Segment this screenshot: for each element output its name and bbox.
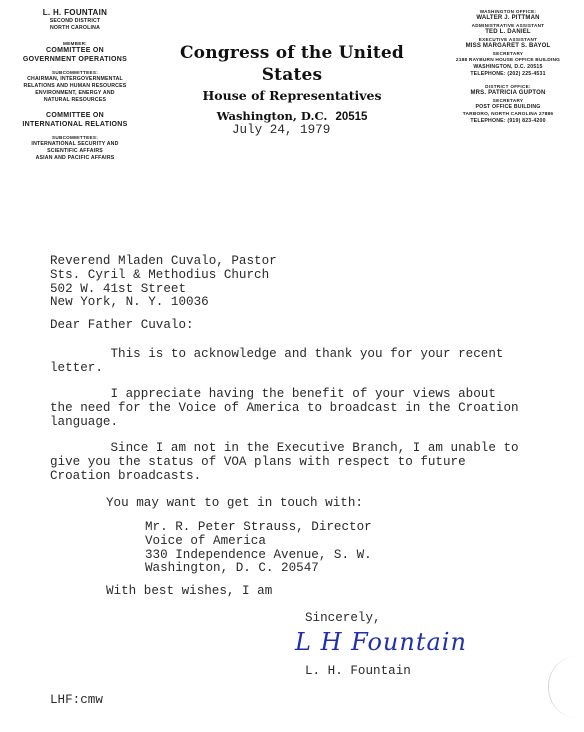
closing-line: With best wishes, I am	[106, 585, 272, 599]
district-phone: Telephone: (919) 823-4200	[432, 118, 584, 125]
district: Second District	[0, 18, 150, 25]
reference-initials: LHF:cmw	[50, 694, 103, 708]
paragraph-1: This is to acknowledge and thank you for…	[50, 348, 503, 376]
staff-3-title: Secretary	[432, 50, 584, 57]
salutation: Dear Father Cuvalo:	[50, 319, 194, 333]
staff-2-name: TED L. DANIEL	[432, 29, 584, 36]
subcommittee-1-line2: Relations and Human Resources	[0, 83, 150, 90]
subcommittees-label-2: subcommittees:	[0, 134, 150, 141]
subcommittee-4: Asian and Pacific Affairs	[0, 155, 150, 162]
letterhead-right: Washington Office: WALTER J. PITTMAN Adm…	[432, 8, 584, 125]
paper-edge-mark	[548, 656, 579, 718]
congress-title: Congress of the United States	[150, 42, 434, 86]
staff-2-title: Executive Assistant	[432, 36, 584, 43]
subcommittee-1-line1: Chairman, Intergovernmental	[0, 76, 150, 83]
district-address: Post Office Building	[432, 104, 584, 111]
paragraph-3: Since I am not in the Executive Branch, …	[50, 442, 519, 483]
letterhead-center: Congress of the United States House of R…	[150, 42, 434, 127]
congressman-name: L. H. FOUNTAIN	[0, 8, 150, 18]
subcommittee-2-line1: Environment, Energy and	[0, 90, 150, 97]
committee-1-line2: GOVERNMENT OPERATIONS	[0, 56, 150, 65]
sign-off: Sincerely,	[305, 612, 381, 626]
zip-code: 20515	[335, 111, 367, 123]
house-title: House of Representatives	[150, 86, 434, 106]
committee-2-line2: INTERNATIONAL RELATIONS	[0, 121, 150, 130]
washington-office-label: Washington Office:	[432, 8, 584, 15]
district-office-label: District Office:	[432, 83, 584, 90]
city: Washington, D.C.	[217, 109, 328, 123]
letterhead-left: L. H. FOUNTAIN Second District NORTH CAR…	[0, 8, 150, 162]
paragraph-4: You may want to get in touch with:	[106, 497, 363, 511]
committee-2-line1: COMMITTEE ON	[0, 112, 150, 121]
state: NORTH CAROLINA	[0, 25, 150, 32]
staff-3-name: MISS MARGARET S. BAYOL	[432, 43, 584, 50]
letter-date: July 24, 1979	[232, 124, 330, 138]
handwritten-signature: L H Fountain	[295, 628, 467, 656]
paragraph-2: I appreciate having the benefit of your …	[50, 388, 519, 429]
contact-address: Mr. R. Peter Strauss, Director Voice of …	[145, 521, 372, 576]
office-phone: Telephone: (202) 225-4531	[432, 71, 584, 78]
district-city: Tarboro, North Carolina 27886	[432, 111, 584, 118]
committee-1-line1: COMMITTEE ON	[0, 47, 150, 56]
staff-1-title: Administrative Assistant	[432, 22, 584, 29]
office-city: Washington, D.C. 20515	[432, 64, 584, 71]
staff-1-name: WALTER J. PITTMAN	[432, 15, 584, 22]
recipient-address: Reverend Mladen Cuvalo, Pastor Sts. Cyri…	[50, 255, 277, 310]
district-staff-name: MRS. PATRICIA GUPTON	[432, 90, 584, 97]
typed-name: L. H. Fountain	[305, 665, 411, 679]
subcommittee-3-line2: Scientific Affairs	[0, 148, 150, 155]
subcommittee-2-line2: Natural Resources	[0, 97, 150, 104]
subcommittees-label-1: subcommittees:	[0, 69, 150, 76]
district-staff-title: Secretary	[432, 97, 584, 104]
subcommittee-3-line1: International Security and	[0, 141, 150, 148]
office-address: 2188 Rayburn House Office Building	[432, 57, 584, 64]
member-label: member:	[0, 40, 150, 47]
